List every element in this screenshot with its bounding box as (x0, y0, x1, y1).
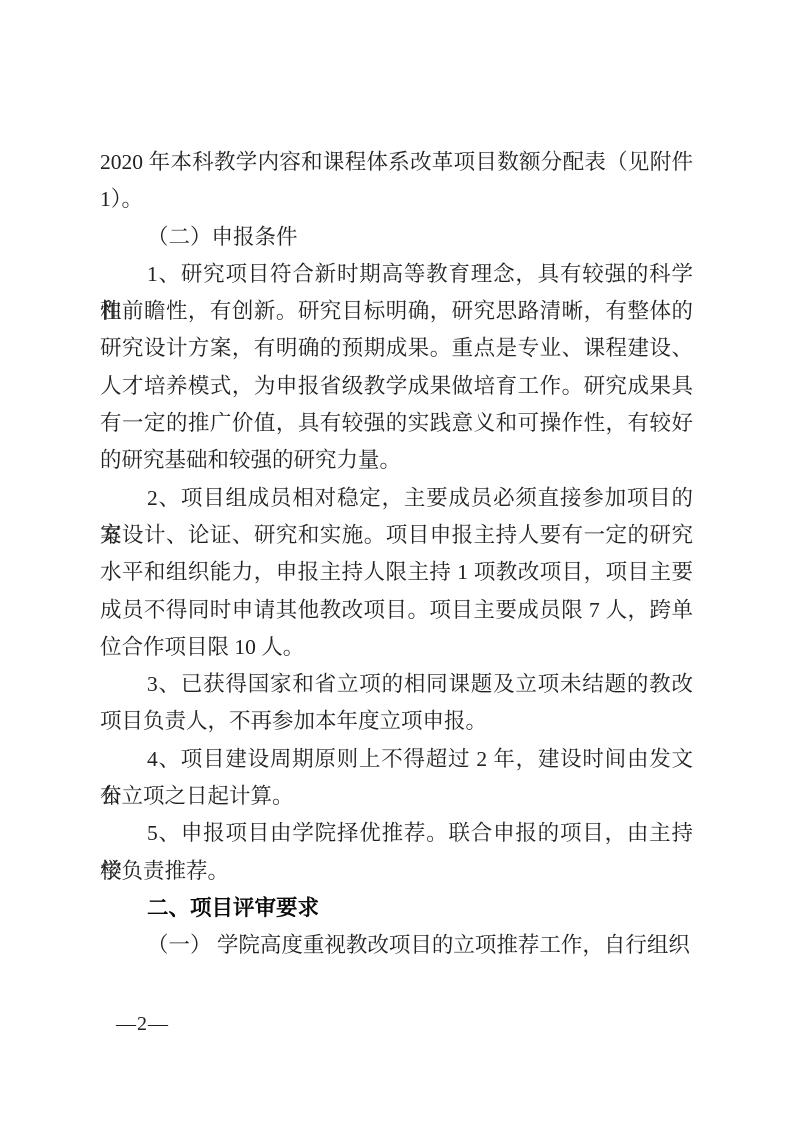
text-line: 5、申报项目由学院择优推荐。联合申报的项目，由主持学 (100, 815, 693, 852)
page-number: —2— (116, 1010, 169, 1038)
text-line: 4、项目建设周期原则上不得超过 2 年，建设时间由发文公 (100, 741, 693, 778)
text-line: 水平和组织能力，申报主持人限主持 1 项教改项目，项目主要 (100, 554, 693, 591)
document-page: 2020 年本科教学内容和课程体系改革项目数额分配表（见附件1）。（二）申报条件… (0, 0, 793, 1122)
section-heading: 二、项目评审要求 (100, 890, 693, 927)
text-line: 位合作项目限 10 人。 (100, 629, 693, 666)
text-line: （二）申报条件 (100, 219, 693, 256)
text-line: 案设计、论证、研究和实施。项目申报主持人要有一定的研究 (100, 517, 693, 554)
text-line: 布立项之日起计算。 (100, 778, 693, 815)
text-line: 成员不得同时申请其他教改项目。项目主要成员限 7 人，跨单 (100, 592, 693, 629)
page-footer: —2— (0, 1010, 793, 1050)
text-line: 有一定的推广价值，具有较强的实践意义和可操作性，有较好 (100, 405, 693, 442)
text-line: 1）。 (100, 181, 693, 218)
text-line: 人才培养模式，为申报省级教学成果做培育工作。研究成果具 (100, 368, 693, 405)
text-line: 3、已获得国家和省立项的相同课题及立项未结题的教改 (100, 666, 693, 703)
text-line: 2、项目组成员相对稳定，主要成员必须直接参加项目的方 (100, 480, 693, 517)
text-line: 研究设计方案，有明确的预期成果。重点是专业、课程建设、 (100, 330, 693, 367)
text-line: 的研究基础和较强的研究力量。 (100, 442, 693, 479)
text-line: 和前瞻性，有创新。研究目标明确，研究思路清晰，有整体的 (100, 293, 693, 330)
text-lines: 2020 年本科教学内容和课程体系改革项目数额分配表（见附件1）。（二）申报条件… (100, 144, 693, 965)
text-line: 2020 年本科教学内容和课程体系改革项目数额分配表（见附件 (100, 144, 693, 181)
text-line: 1、研究项目符合新时期高等教育理念，具有较强的科学性 (100, 256, 693, 293)
text-line: （一） 学院高度重视教改项目的立项推荐工作，自行组织 (100, 927, 693, 964)
text-line: 校负责推荐。 (100, 853, 693, 890)
text-line: 项目负责人，不再参加本年度立项申报。 (100, 703, 693, 740)
document-body: 2020 年本科教学内容和课程体系改革项目数额分配表（见附件1）。（二）申报条件… (100, 144, 693, 965)
